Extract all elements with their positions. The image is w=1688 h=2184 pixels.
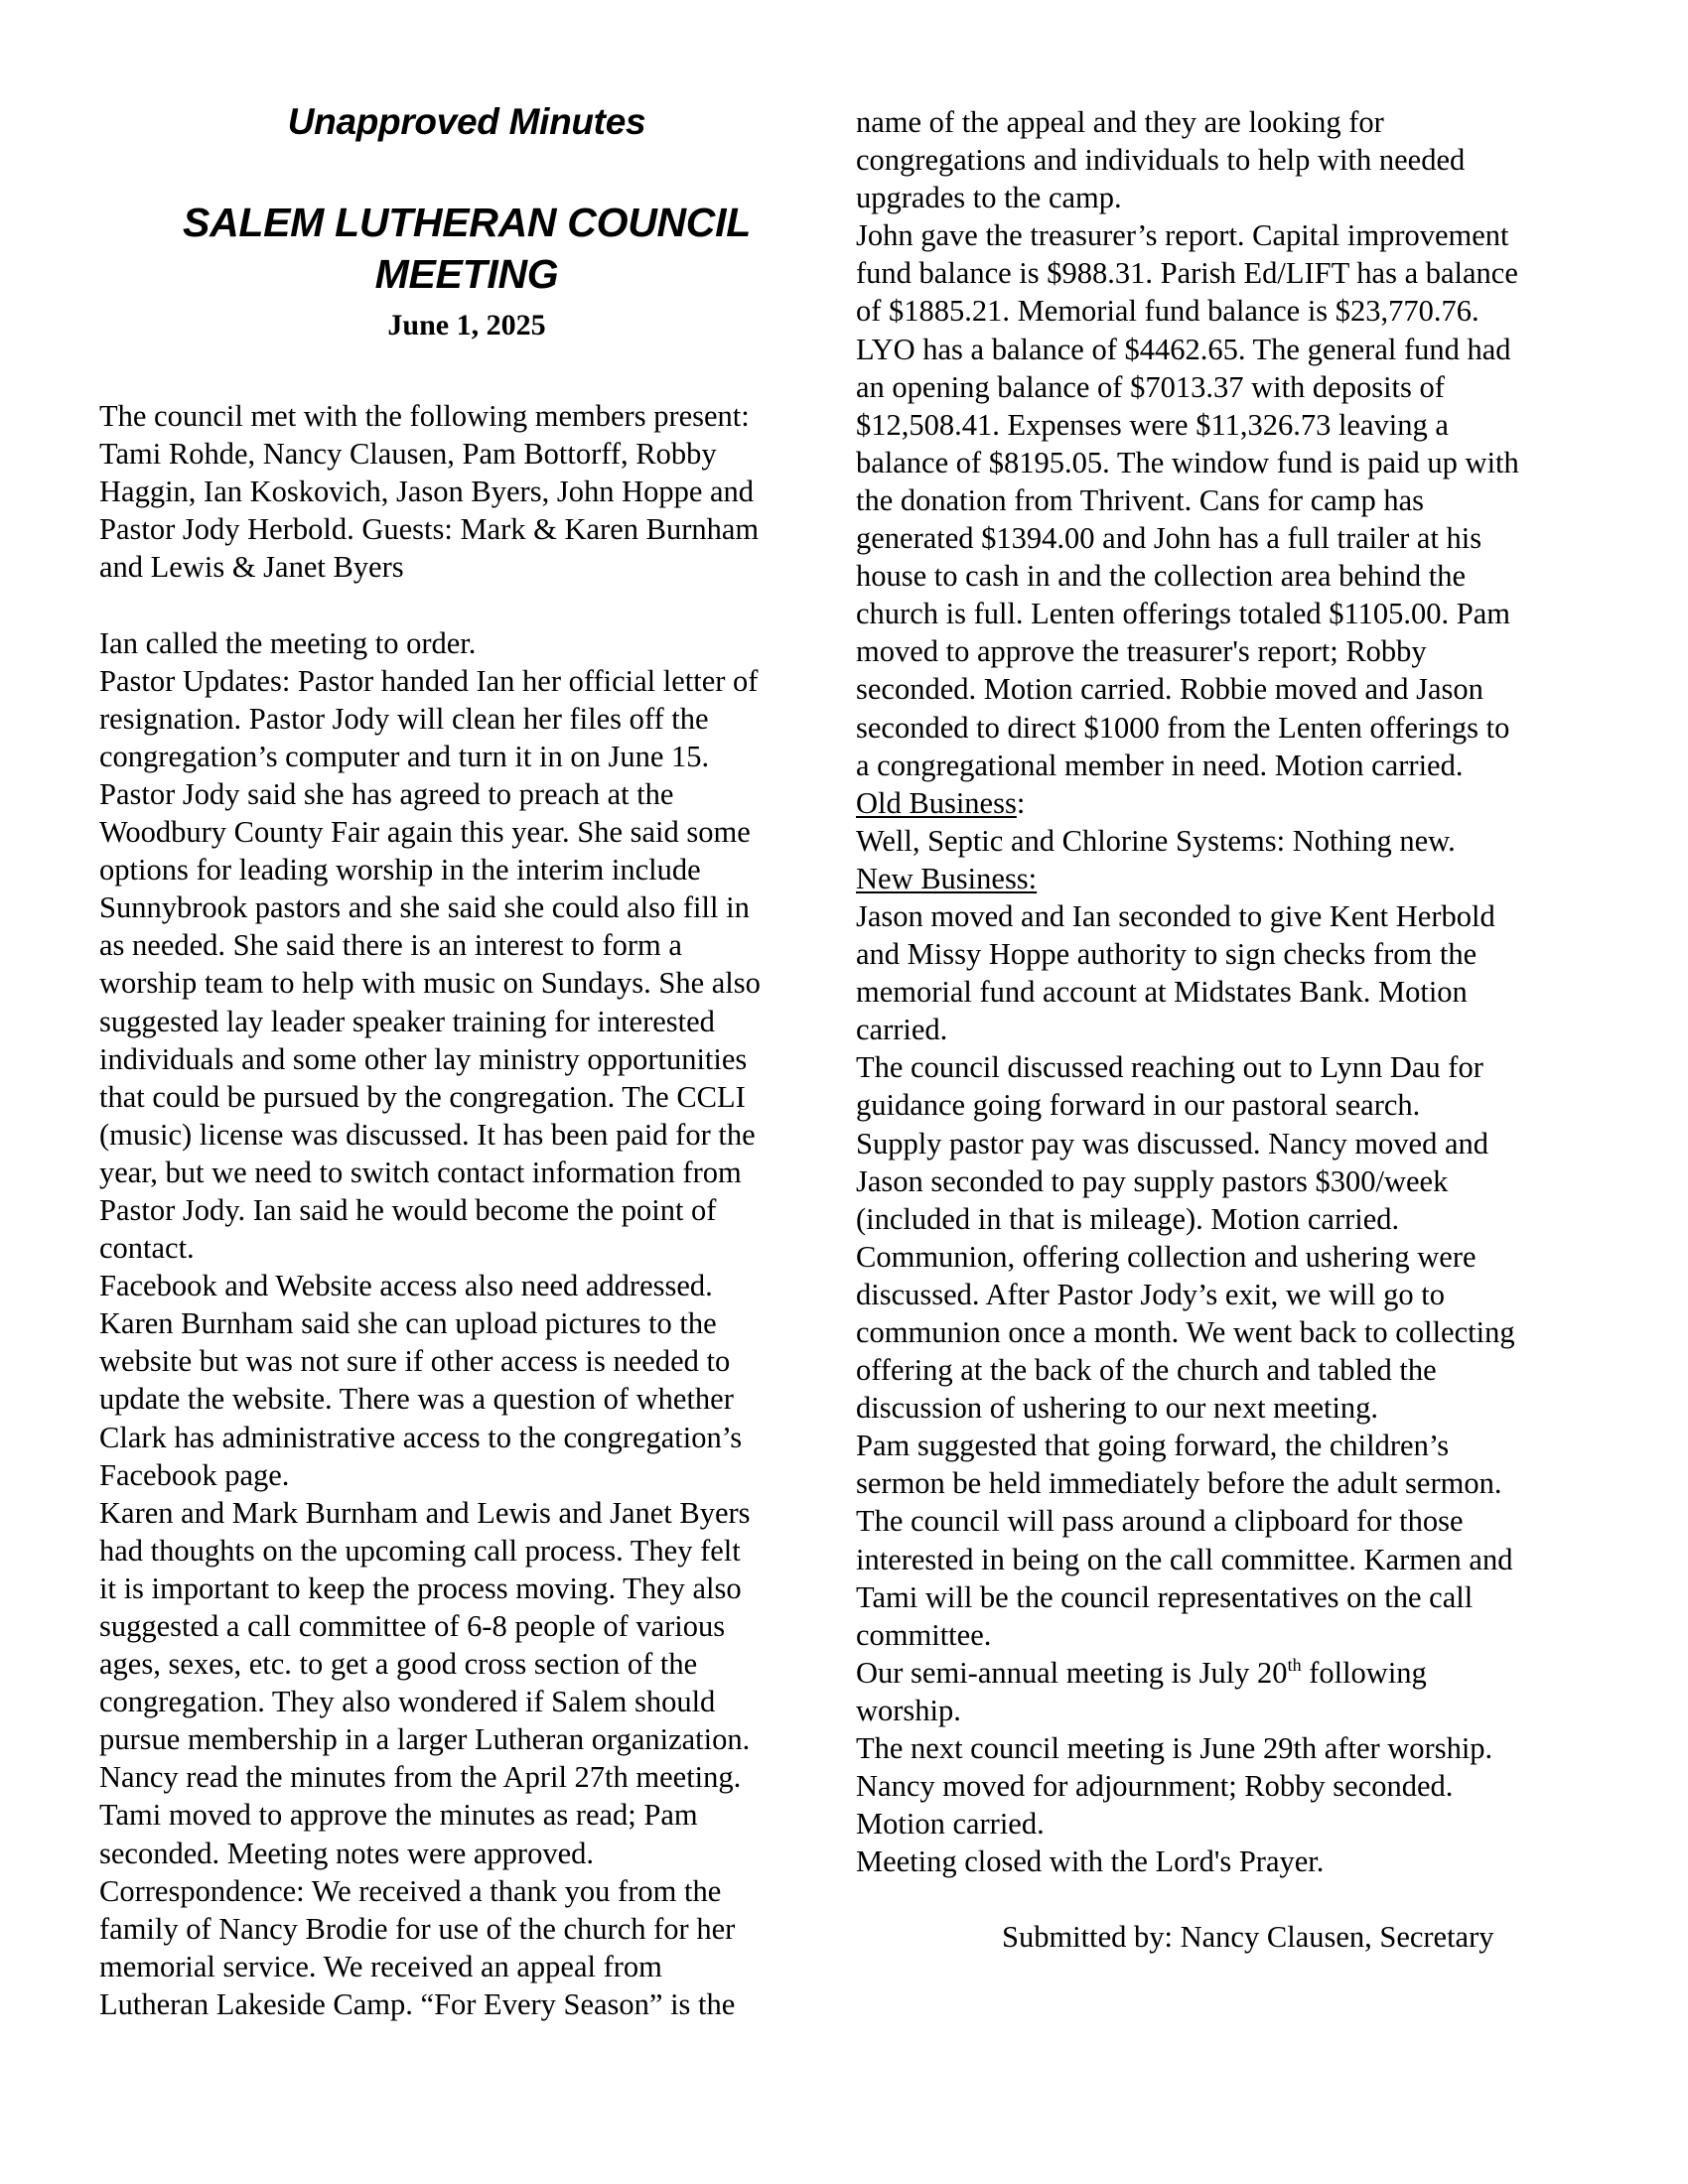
old-business-label: Old Business [856,786,1017,820]
text-line: Sunnybrook pastors and she said she coul… [99,888,834,926]
document-title-line-2: MEETING [375,251,559,297]
document-title-line-1: SALEM LUTHERAN COUNCIL [183,200,751,245]
old-business-heading: Old Business: [856,784,1591,822]
document-header: Unapproved Minutes SALEM LUTHERAN COUNCI… [99,97,834,345]
text-line: Woodbury County Fair again this year. Sh… [99,813,834,851]
text-line: it is important to keep the process movi… [99,1570,834,1607]
text-line: family of Nancy Brodie for use of the ch… [99,1910,834,1948]
text-line: Pastor Jody Herbold. Guests: Mark & Kare… [99,510,834,548]
text-line: committee. [856,1616,1591,1654]
text-line: Pastor Jody said she has agreed to preac… [99,775,834,813]
text-line: (included in that is mileage). Motion ca… [856,1200,1591,1238]
meeting-date: June 1, 2025 [99,306,834,345]
text-line: The council will pass around a clipboard… [856,1502,1591,1540]
text-line: fund balance is $988.31. Parish Ed/LIFT … [856,254,1591,292]
text-line: discussed. After Pastor Jody’s exit, we … [856,1276,1591,1313]
paragraph-spacer [99,586,834,623]
document-page: Unapproved Minutes SALEM LUTHERAN COUNCI… [0,0,1688,2184]
correspondence-line: Correspondence: We received a thank you … [99,1872,834,1910]
call-to-order: Ian called the meeting to order. [99,624,834,662]
text-line: sermon be held immediately before the ad… [856,1464,1591,1502]
text-line: congregation. They also wondered if Sale… [99,1683,834,1720]
text-line: congregations and individuals to help wi… [856,141,1591,179]
text-line: Communion, offering collection and usher… [856,1238,1591,1276]
ordinal-suffix: th [1288,1655,1302,1675]
text-line: LYO has a balance of $4462.65. The gener… [856,331,1591,368]
text-line: worship team to help with music on Sunda… [99,964,834,1002]
text-line: name of the appeal and they are looking … [856,103,1591,141]
closing-prayer-line: Meeting closed with the Lord's Prayer. [856,1843,1591,1880]
right-column: name of the appeal and they are looking … [856,103,1591,1957]
text-line: Jason seconded to pay supply pastors $30… [856,1162,1591,1200]
new-business-heading: New Business: [856,860,1591,897]
text-line: Supply pastor pay was discussed. Nancy m… [856,1125,1591,1162]
text-line: communion once a month. We went back to … [856,1313,1591,1351]
text-line: ages, sexes, etc. to get a good cross se… [99,1645,834,1683]
closing-section: The next council meeting is June 29th af… [856,1729,1591,1880]
text-line: as needed. She said there is an interest… [99,926,834,964]
document-title: SALEM LUTHERAN COUNCIL MEETING [99,197,834,300]
text-line: year, but we need to switch contact info… [99,1154,834,1191]
text-line: and Missy Hoppe authority to sign checks… [856,935,1591,973]
text-line: church is full. Lenten offerings totaled… [856,595,1591,632]
text-line: memorial fund account at Midstates Bank.… [856,973,1591,1011]
old-business-colon: : [1017,786,1025,820]
minutes-reading-line: Nancy read the minutes from the April 27… [99,1758,834,1796]
text-line: suggested lay leader speaker training fo… [99,1003,834,1040]
text-line: balance of $8195.05. The window fund is … [856,444,1591,481]
text-line: website but was not sure if other access… [99,1342,834,1380]
text-line: The council met with the following membe… [99,397,834,435]
text-line: Motion carried. [856,1805,1591,1843]
text-line: offering at the back of the church and t… [856,1351,1591,1389]
facebook-website-line: Facebook and Website access also need ad… [99,1267,834,1304]
text-line: Clark has administrative access to the c… [99,1419,834,1456]
text-line: of $1885.21. Memorial fund balance is $2… [856,292,1591,330]
text-line: had thoughts on the upcoming call proces… [99,1532,834,1570]
semi-annual-text: Our semi-annual meeting is July 20 [856,1656,1288,1690]
text-line: that could be pursued by the congregatio… [99,1078,834,1116]
text-line: Pam suggested that going forward, the ch… [856,1427,1591,1464]
pastor-updates-line: Pastor Updates: Pastor handed Ian her of… [99,662,834,700]
text-line: Jason moved and Ian seconded to give Ken… [856,897,1591,935]
text-line: Pastor Jody. Ian said he would become th… [99,1191,834,1229]
text-line: the donation from Thrivent. Cans for cam… [856,481,1591,519]
text-line: update the website. There was a question… [99,1380,834,1418]
meeting-body: Ian called the meeting to order. Pastor … [99,624,834,2023]
left-column: The council met with the following membe… [99,397,834,2023]
text-line: contact. [99,1229,834,1267]
text-line: (music) license was discussed. It has be… [99,1116,834,1154]
text-line: options for leading worship in the inter… [99,851,834,888]
old-business-item: Well, Septic and Chlorine Systems: Nothi… [856,822,1591,860]
text-line: seconded to direct $1000 from the Lenten… [856,709,1591,747]
text-line: interested in being on the call committe… [856,1541,1591,1578]
text-line: suggested a call committee of 6-8 people… [99,1607,834,1645]
text-line: upgrades to the camp. [856,179,1591,216]
attendance-paragraph: The council met with the following membe… [99,397,834,586]
submitted-by-signature: Submitted by: Nancy Clausen, Secretary [856,1918,1591,1956]
adjournment-line: Nancy moved for adjournment; Robby secon… [856,1767,1591,1805]
text-line: a congregational member in need. Motion … [856,747,1591,784]
text-line: Karen Burnham said she can upload pictur… [99,1304,834,1342]
text-line: Lutheran Lakeside Camp. “For Every Seaso… [99,1985,834,2023]
text-line: generated $1394.00 and John has a full t… [856,519,1591,557]
text-line: Tami will be the council representatives… [856,1578,1591,1616]
call-process-line: Karen and Mark Burnham and Lewis and Jan… [99,1494,834,1532]
text-line: worship. [856,1692,1591,1729]
treasurer-report: name of the appeal and they are looking … [856,103,1591,784]
text-line: seconded. Meeting notes were approved. [99,1835,834,1872]
text-line: house to cash in and the collection area… [856,557,1591,595]
text-line: individuals and some other lay ministry … [99,1040,834,1078]
text-line: moved to approve the treasurer's report;… [856,632,1591,670]
new-business-section: Jason moved and Ian seconded to give Ken… [856,897,1591,1654]
semi-annual-meeting-line: Our semi-annual meeting is July 20th fol… [856,1654,1591,1692]
text-line: congregation’s computer and turn it in o… [99,738,834,775]
text-line: pursue membership in a larger Lutheran o… [99,1720,834,1758]
text-line: an opening balance of $7013.37 with depo… [856,368,1591,406]
text-line: Tami Rohde, Nancy Clausen, Pam Bottorff,… [99,435,834,473]
text-line: resignation. Pastor Jody will clean her … [99,700,834,738]
text-line: Facebook page. [99,1456,834,1494]
text-line: discussion of ushering to our next meeti… [856,1389,1591,1427]
semi-annual-text-after: following [1302,1656,1427,1690]
text-line: memorial service. We received an appeal … [99,1948,834,1985]
text-line: seconded. Motion carried. Robbie moved a… [856,670,1591,708]
text-line: guidance going forward in our pastoral s… [856,1086,1591,1124]
treasurer-report-line: John gave the treasurer’s report. Capita… [856,216,1591,254]
text-line: carried. [856,1011,1591,1048]
next-meeting-line: The next council meeting is June 29th af… [856,1729,1591,1767]
text-line: Tami moved to approve the minutes as rea… [99,1796,834,1834]
text-line: The council discussed reaching out to Ly… [856,1048,1591,1086]
new-business-label: New Business: [856,862,1037,895]
minutes-status-label: Unapproved Minutes [99,97,834,147]
text-line: Haggin, Ian Koskovich, Jason Byers, John… [99,473,834,510]
text-line: $12,508.41. Expenses were $11,326.73 lea… [856,406,1591,444]
text-line: and Lewis & Janet Byers [99,548,834,586]
